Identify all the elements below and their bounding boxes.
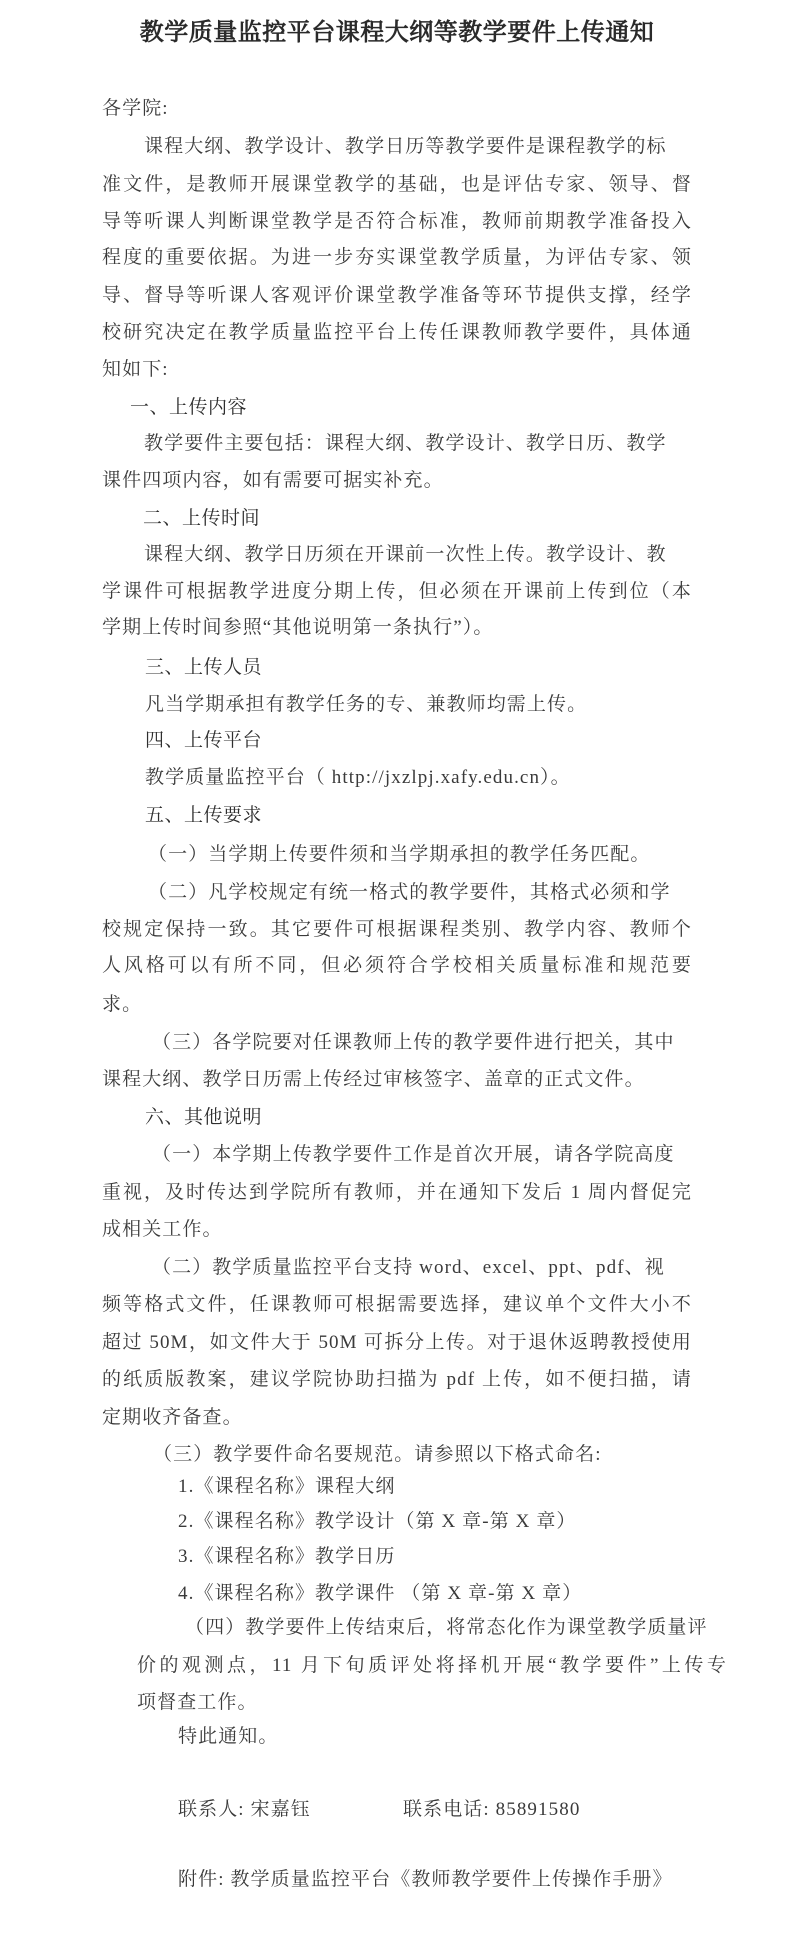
intro-line: 校研究决定在教学质量监控平台上传任课教师教学要件，具体通	[102, 318, 692, 348]
document-title: 教学质量监控平台课程大纲等教学要件上传通知	[0, 14, 794, 50]
naming-list-item: 4.《课程名称》教学课件 （第 X 章-第 X 章）	[178, 1579, 582, 1609]
section-line: 的纸质版教案，建议学院协助扫描为 pdf 上传，如不便扫描，请	[102, 1365, 692, 1395]
contact-phone: 联系电话: 85891580	[403, 1795, 580, 1825]
section-line: （三）各学院要对任课教师上传的教学要件进行把关，其中	[152, 1028, 692, 1058]
intro-line: 准文件，是教师开展课堂教学的基础，也是评估专家、领导、督	[102, 170, 692, 200]
naming-list-item: 1.《课程名称》课程大纲	[178, 1472, 395, 1502]
section-line: 价的观测点，11 月下旬质评处将择机开展“教学要件”上传专	[137, 1651, 727, 1681]
naming-list-item: 3.《课程名称》教学日历	[178, 1542, 395, 1572]
section-line: 成相关工作。	[102, 1215, 223, 1245]
section-line: 求。	[102, 990, 142, 1020]
intro-line: 课程大纲、教学设计、教学日历等教学要件是课程教学的标	[144, 132, 692, 162]
section-line: 项督查工作。	[137, 1688, 258, 1718]
section-heading-other: 六、其他说明	[145, 1102, 262, 1132]
section-line: 定期收齐备查。	[102, 1403, 243, 1433]
section-line: （三）教学要件命名要规范。请参照以下格式命名:	[153, 1440, 602, 1470]
intro-line: 知如下:	[102, 355, 169, 385]
notice-document: 教学质量监控平台课程大纲等教学要件上传通知 各学院: 课程大纲、教学设计、教学日…	[0, 0, 794, 1947]
section-heading-personnel: 三、上传人员	[145, 652, 262, 682]
section-line: （二）教学质量监控平台支持 word、excel、ppt、pdf、视	[152, 1253, 692, 1283]
intro-line: 导等听课人判断课堂教学是否符合标准，教师前期教学准备投入	[102, 207, 692, 237]
section-line: 学课件可根据教学进度分期上传，但必须在开课前上传到位（本	[102, 577, 692, 607]
platform-url-line: 教学质量监控平台（ http://jxzlpj.xafy.edu.cn）。	[145, 763, 571, 793]
section-line: 重视，及时传达到学院所有教师，并在通知下发后 1 周内督促完	[102, 1178, 692, 1208]
section-line: 课程大纲、教学日历需上传经过审核签字、盖章的正式文件。	[102, 1065, 645, 1095]
section-line: 学期上传时间参照“其他说明第一条执行”）。	[102, 613, 493, 643]
section-line: 课程大纲、教学日历须在开课前一次性上传。教学设计、教	[144, 540, 667, 570]
section-heading-platform: 四、上传平台	[145, 725, 262, 755]
section-line: （四）教学要件上传结束后，将常态化作为课堂教学质量评	[185, 1613, 727, 1643]
attachment-link[interactable]: 附件: 教学质量监控平台《教师教学要件上传操作手册》	[178, 1865, 673, 1895]
section-heading-content: 一、上传内容	[130, 392, 247, 422]
section-line: 超过 50M，如文件大于 50M 可拆分上传。对于退休返聘教授使用	[102, 1328, 692, 1358]
intro-line: 程度的重要依据。为进一步夯实课堂教学质量，为评估专家、领	[102, 243, 692, 273]
section-line: 教学要件主要包括：课程大纲、教学设计、教学日历、教学	[144, 429, 692, 459]
section-line: （二）凡学校规定有统一格式的教学要件，其格式必须和学	[148, 878, 692, 908]
salutation: 各学院:	[102, 94, 169, 124]
section-line: （一）当学期上传要件须和当学期承担的教学任务匹配。	[148, 840, 651, 870]
contact-person: 联系人: 宋嘉钰	[178, 1795, 311, 1825]
naming-list-item: 2.《课程名称》教学设计（第 X 章-第 X 章）	[178, 1507, 577, 1537]
section-line: 人风格可以有所不同，但必须符合学校相关质量标准和规范要	[102, 951, 692, 981]
section-line: 课件四项内容，如有需要可据实补充。	[102, 466, 444, 496]
closing-text: 特此通知。	[178, 1722, 279, 1752]
section-heading-requirements: 五、上传要求	[145, 800, 262, 830]
section-heading-time: 二、上传时间	[143, 503, 260, 533]
section-line: 凡当学期承担有教学任务的专、兼教师均需上传。	[145, 690, 587, 720]
intro-line: 导、督导等听课人客观评价课堂教学准备等环节提供支撑，经学	[102, 281, 692, 311]
section-line: （一）本学期上传教学要件工作是首次开展，请各学院高度	[152, 1140, 692, 1170]
section-line: 频等格式文件，任课教师可根据需要选择，建议单个文件大小不	[102, 1290, 692, 1320]
section-line: 校规定保持一致。其它要件可根据课程类别、教学内容、教师个	[102, 915, 692, 945]
